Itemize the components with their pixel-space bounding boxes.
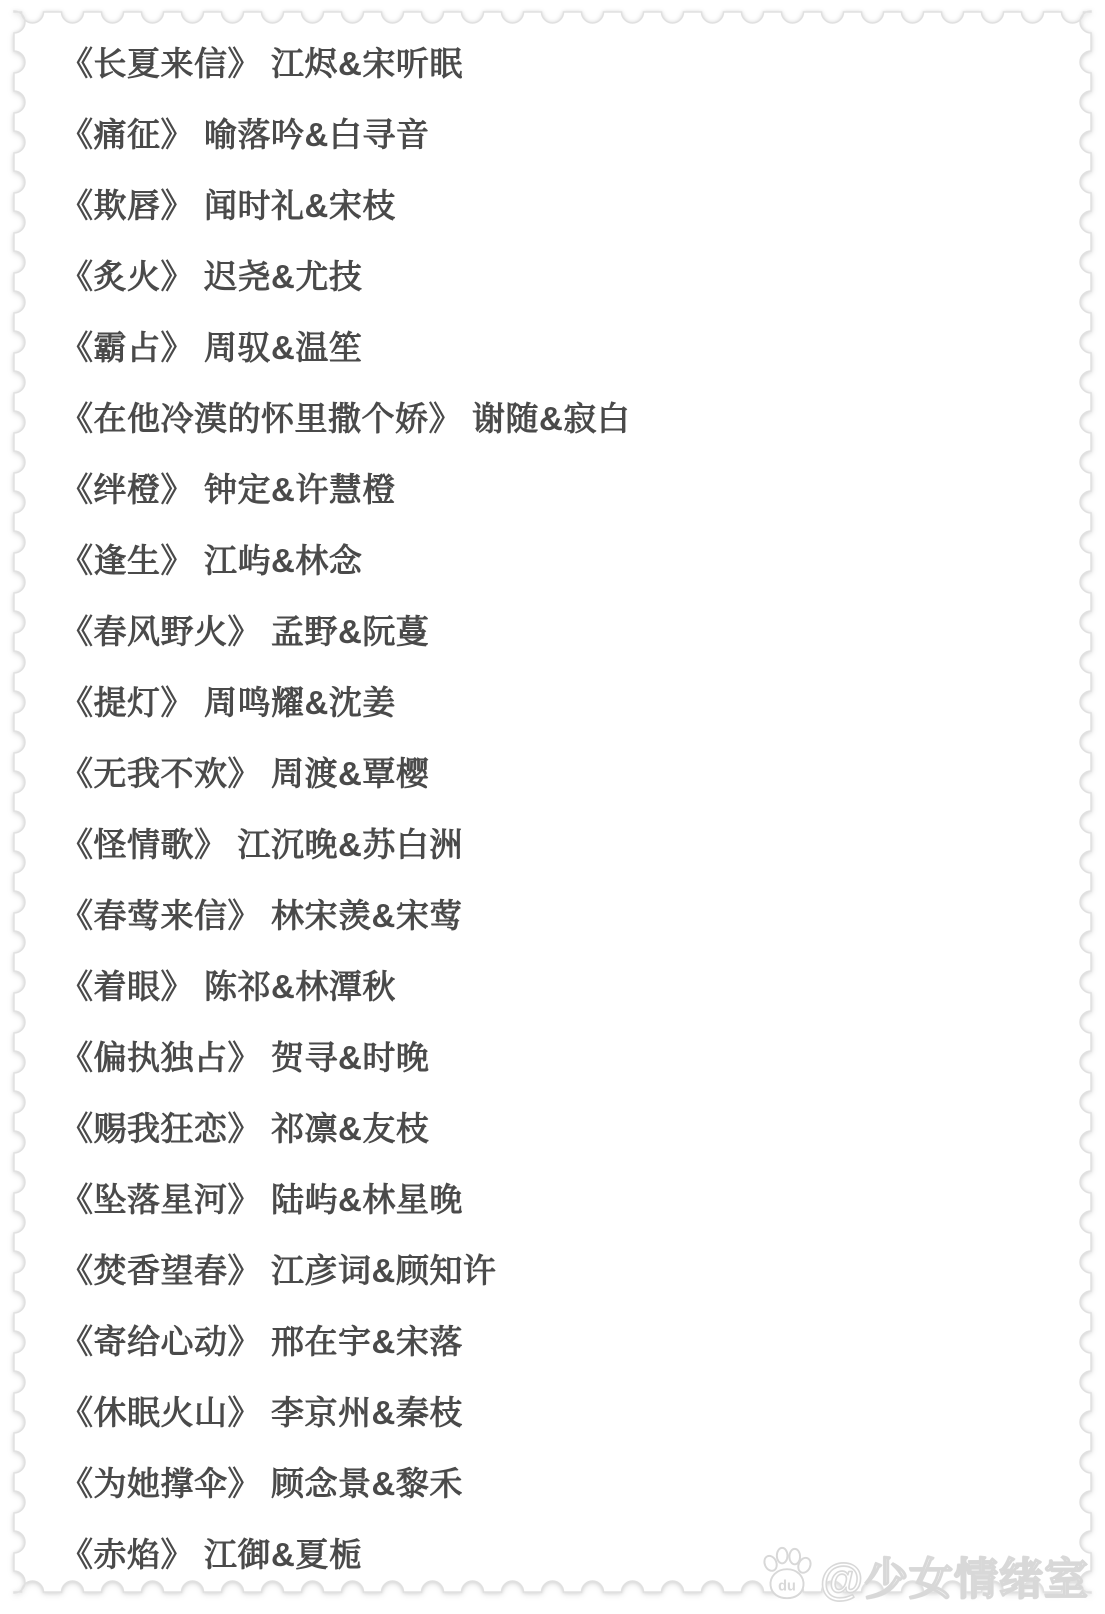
list-item: 《无我不欢》周渡&覃樱 — [60, 736, 1075, 807]
book-authors: 孟野&阮蔓 — [271, 606, 429, 653]
book-authors: 李京州&秦枝 — [271, 1387, 463, 1434]
list-item: 《逢生》江屿&林念 — [60, 523, 1075, 594]
book-title: 《在他冷漠的怀里撒个娇》 — [60, 393, 462, 440]
book-authors: 江彦词&顾知许 — [271, 1245, 496, 1292]
book-authors: 江沉晚&苏白洲 — [238, 819, 463, 866]
book-title: 《休眠火山》 — [60, 1387, 261, 1434]
list-item: 《炙火》迟尧&尤技 — [60, 239, 1075, 310]
book-title: 《霸占》 — [60, 322, 194, 369]
book-authors: 江御&夏栀 — [204, 1529, 362, 1576]
book-authors: 迟尧&尤技 — [204, 251, 362, 298]
book-authors: 林宋羡&宋莺 — [271, 890, 463, 937]
list-item: 《为她撑伞》顾念景&黎禾 — [60, 1446, 1075, 1517]
book-authors: 喻落吟&白寻音 — [204, 109, 429, 156]
book-title: 《长夏来信》 — [60, 38, 261, 85]
book-authors: 贺寻&时晚 — [271, 1032, 429, 1079]
book-authors: 周鸣耀&沈姜 — [204, 677, 396, 724]
book-authors: 周渡&覃樱 — [271, 748, 429, 795]
list-item: 《寄给心动》邢在宇&宋落 — [60, 1304, 1075, 1375]
book-authors: 邢在宇&宋落 — [271, 1316, 463, 1363]
book-authors: 陈祁&林潭秋 — [204, 961, 396, 1008]
book-title: 《为她撑伞》 — [60, 1458, 261, 1505]
book-title: 《无我不欢》 — [60, 748, 261, 795]
book-authors: 谢随&寂白 — [472, 393, 630, 440]
list-item: 《春风野火》孟野&阮蔓 — [60, 594, 1075, 665]
book-title: 《焚香望春》 — [60, 1245, 261, 1292]
list-item: 《霸占》周驭&温笙 — [60, 310, 1075, 381]
book-title: 《赐我狂恋》 — [60, 1103, 261, 1150]
list-item: 《春莺来信》林宋羡&宋莺 — [60, 878, 1075, 949]
book-authors: 钟定&许慧橙 — [204, 464, 396, 511]
list-item: 《在他冷漠的怀里撒个娇》谢随&寂白 — [60, 381, 1075, 452]
book-authors: 陆屿&林星晚 — [271, 1174, 463, 1221]
book-title: 《坠落星河》 — [60, 1174, 261, 1221]
list-item: 《赐我狂恋》祁凛&友枝 — [60, 1091, 1075, 1162]
book-title: 《着眼》 — [60, 961, 194, 1008]
book-authors: 江烬&宋听眠 — [271, 38, 463, 85]
watermark-text: @少女情绪室 — [820, 1556, 1089, 1604]
book-title: 《春莺来信》 — [60, 890, 261, 937]
book-title: 《偏执独占》 — [60, 1032, 261, 1079]
list-item: 《长夏来信》江烬&宋听眠 — [60, 26, 1075, 97]
list-item: 《偏执独占》贺寻&时晚 — [60, 1020, 1075, 1091]
book-title: 《绊橙》 — [60, 464, 194, 511]
watermark: du @少女情绪室 — [758, 1544, 1089, 1604]
book-title: 《赤焰》 — [60, 1529, 194, 1576]
list-item: 《怪情歌》江沉晚&苏白洲 — [60, 807, 1075, 878]
baidu-paw-icon: du — [758, 1544, 816, 1604]
book-authors: 江屿&林念 — [204, 535, 362, 582]
book-title: 《炙火》 — [60, 251, 194, 298]
book-list: 《长夏来信》江烬&宋听眠《痛征》喻落吟&白寻音《欺唇》闻时礼&宋枝《炙火》迟尧&… — [60, 26, 1075, 1588]
list-item: 《着眼》陈祁&林潭秋 — [60, 949, 1075, 1020]
paw-icon-label: du — [778, 1578, 796, 1594]
list-item: 《焚香望春》江彦词&顾知许 — [60, 1233, 1075, 1304]
list-item: 《坠落星河》陆屿&林星晚 — [60, 1162, 1075, 1233]
book-title: 《怪情歌》 — [60, 819, 228, 866]
book-title: 《寄给心动》 — [60, 1316, 261, 1363]
book-authors: 祁凛&友枝 — [271, 1103, 429, 1150]
book-title: 《欺唇》 — [60, 180, 194, 227]
book-authors: 周驭&温笙 — [204, 322, 362, 369]
list-item: 《休眠火山》李京州&秦枝 — [60, 1375, 1075, 1446]
book-title: 《春风野火》 — [60, 606, 261, 653]
book-authors: 顾念景&黎禾 — [271, 1458, 463, 1505]
list-item: 《提灯》周鸣耀&沈姜 — [60, 665, 1075, 736]
list-item: 《欺唇》闻时礼&宋枝 — [60, 168, 1075, 239]
book-title: 《逢生》 — [60, 535, 194, 582]
list-item: 《痛征》喻落吟&白寻音 — [60, 97, 1075, 168]
list-item: 《绊橙》钟定&许慧橙 — [60, 452, 1075, 523]
book-title: 《提灯》 — [60, 677, 194, 724]
book-authors: 闻时礼&宋枝 — [204, 180, 396, 227]
book-title: 《痛征》 — [60, 109, 194, 156]
